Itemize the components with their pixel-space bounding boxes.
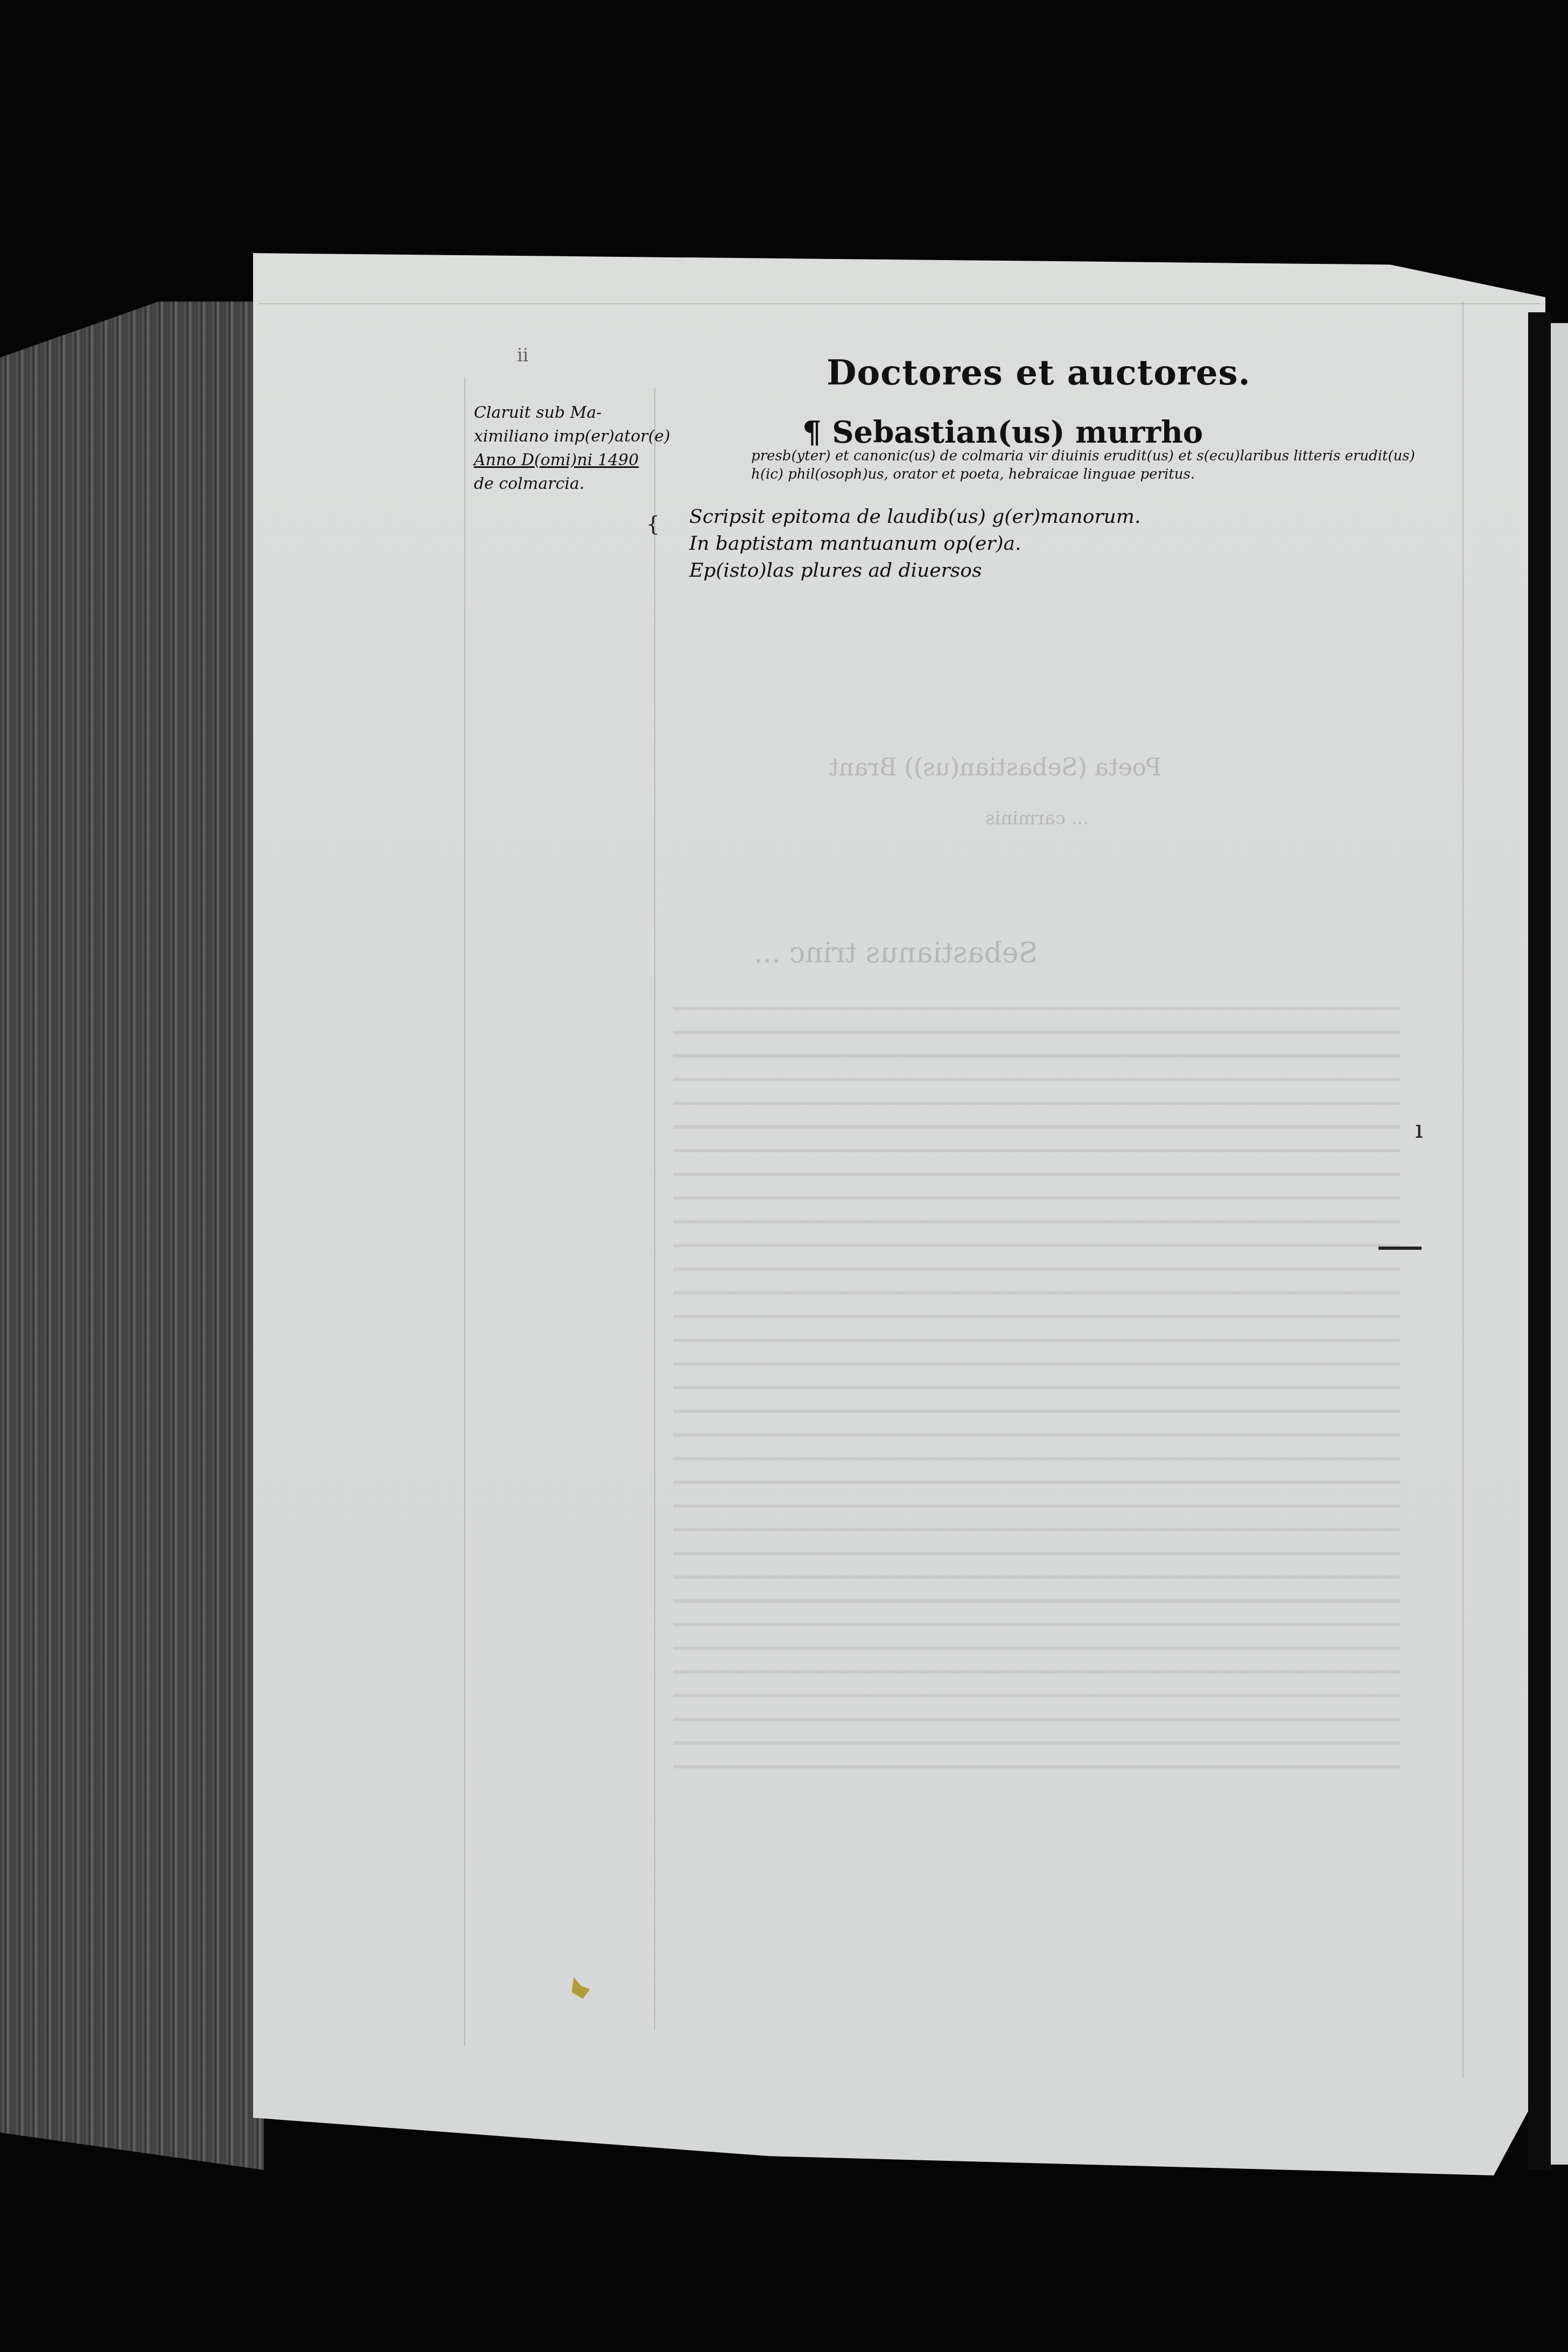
pilcrow-mark: ¶ [802, 415, 822, 450]
margin-note-line: de colmarcia. [474, 472, 670, 496]
folio-mark: ii [517, 345, 529, 366]
ruling-line-inner [654, 388, 655, 2030]
work-item: Ep(isto)las plures ad diuersos [689, 557, 1140, 584]
book-page-edges [0, 302, 264, 2170]
work-item: In baptistam mantuanum op(er)a. [689, 530, 1140, 557]
book-gutter [1528, 312, 1551, 2170]
works-list: Scripsit epitoma de laudib(us) g(er)mano… [689, 503, 1140, 584]
bracket-mark: { [646, 512, 660, 536]
margin-note-line: Claruit sub Ma- [474, 401, 670, 425]
description-line: presb(yter) et canonic(us) de colmaria v… [751, 447, 1415, 465]
ruling-line-left [464, 377, 465, 2046]
margin-dash-mark [1378, 1247, 1422, 1250]
facing-page-edge [1551, 323, 1568, 2165]
margin-note-line: Anno D(omi)ni 1490 [474, 449, 670, 472]
bleed-through-subtitle: ... carminis [985, 808, 1089, 829]
bleed-through-heading: Sebastianus trinc ... [754, 937, 1038, 969]
bleed-through-body [673, 991, 1400, 1772]
bleed-through-title: Poeta (Sebastian(us)) Brant [829, 754, 1161, 781]
work-item: Scripsit epitoma de laudib(us) g(er)mano… [689, 503, 1140, 530]
author-name: Sebastian(us) murrho [832, 415, 1203, 450]
margin-tick-mark: ı [1415, 1115, 1423, 1144]
description-line: h(ic) phil(osoph)us, orator et poeta, he… [751, 465, 1415, 484]
margin-note-line: ximiliano imp(er)ator(e) [474, 425, 670, 449]
entry-description: presb(yter) et canonic(us) de colmaria v… [751, 447, 1415, 484]
page-heading: Doctores et auctores. [827, 353, 1251, 393]
ruling-line-right [1462, 302, 1464, 2078]
margin-note: Claruit sub Ma- ximiliano imp(er)ator(e)… [474, 401, 670, 496]
entry-author-name: ¶ Sebastian(us) murrho [802, 415, 1203, 450]
ruling-line-top [258, 303, 1540, 304]
